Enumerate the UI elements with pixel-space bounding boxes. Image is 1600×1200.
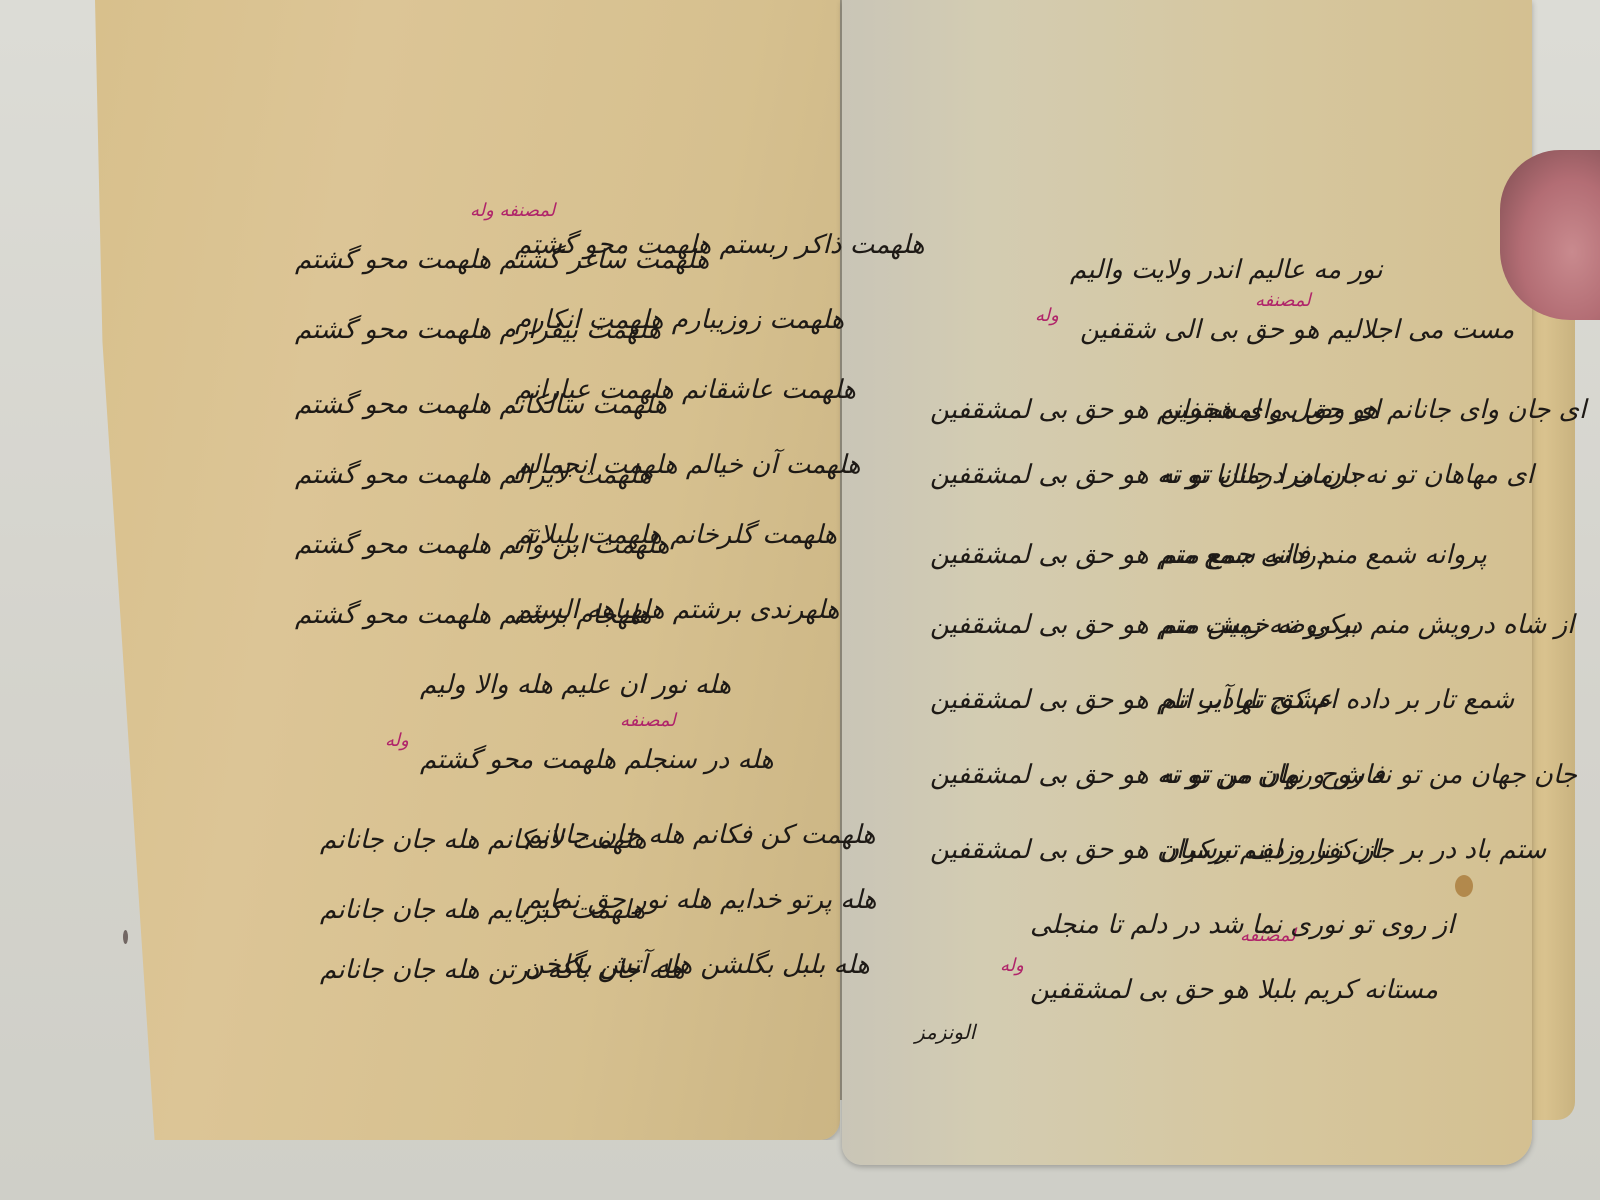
center-verse: هله نور ان علیم هله والا ولیم [420, 670, 731, 700]
verse-left: هلهمت ابن وآنم هلهمت محو گشتم [295, 530, 670, 560]
holding-thumb [1500, 150, 1600, 320]
verse-left: هلهمت ساغر گشتم هلهمت محو گشتم [295, 245, 709, 275]
verse-left: هلهمت لامکانم هله جان جانانم [320, 825, 647, 855]
verse-left: عشق تار آب نام هو حق بی لمشقفین [930, 685, 1333, 715]
rubric-marker: وله [385, 730, 409, 751]
center-verse: هله در سنجلم هلهمت محو گشتم [420, 745, 774, 775]
verse-left: هلهمت کبریایم هله جان جانانم [320, 895, 645, 925]
verse-left: هلهمت بیقرارم هلهمت محو گشتم [295, 315, 661, 345]
verse-left: هله جان باکه درتن هله جان جانانم [320, 955, 685, 985]
center-verse: نور مه عالیم اندر ولایت والیم [1070, 255, 1383, 285]
verse-left: دردانه سمع منم هو حق بی لمشقفین [930, 540, 1327, 570]
rubric-marker: وله [1000, 955, 1024, 976]
verse-left: فاش و نهان من تو نه هو حق بی لمشقفین [930, 760, 1385, 790]
verse-left: جان مرا جانانا تو نه هو حق بی لمشقفین [930, 460, 1365, 490]
verse-left: هلهمت لایزالم هلهمت محو گشتم [295, 460, 652, 490]
rubric-marker: لمصنفه [620, 710, 676, 731]
verse-left: ای وصل وای هجرانم هو حق بی لمشقفین [930, 395, 1380, 425]
center-verse: مست می اجلالیم هو حق بی الی شقفین [1080, 315, 1514, 345]
rubric-marker: لمصنفه [1255, 290, 1311, 311]
verse-left: بیکی نه خمیت منم هو حق بی لمشقفین [930, 610, 1358, 640]
verse-left: هلهمت سالکانم هلهمت محو گشتم [295, 390, 667, 420]
center-verse: از روی تو نوری نما شد در دلم تا منجلی [1030, 910, 1454, 940]
rubric-heading: لمصنفه وله [470, 200, 555, 221]
ink-stain [1455, 875, 1473, 897]
ink-spot [123, 930, 128, 944]
center-verse: مستانه کریم بلبلا هو حق بی لمشقفین [1030, 975, 1438, 1005]
verse-left: از کفر و دینم برکران هو حق بی لمشقفین [930, 835, 1381, 865]
catchword: الونزمز [915, 1020, 975, 1044]
verse-left: هلهجام برشتم هلهمت محو گشتم [295, 600, 651, 630]
rubric-marker: وله [1035, 305, 1059, 326]
